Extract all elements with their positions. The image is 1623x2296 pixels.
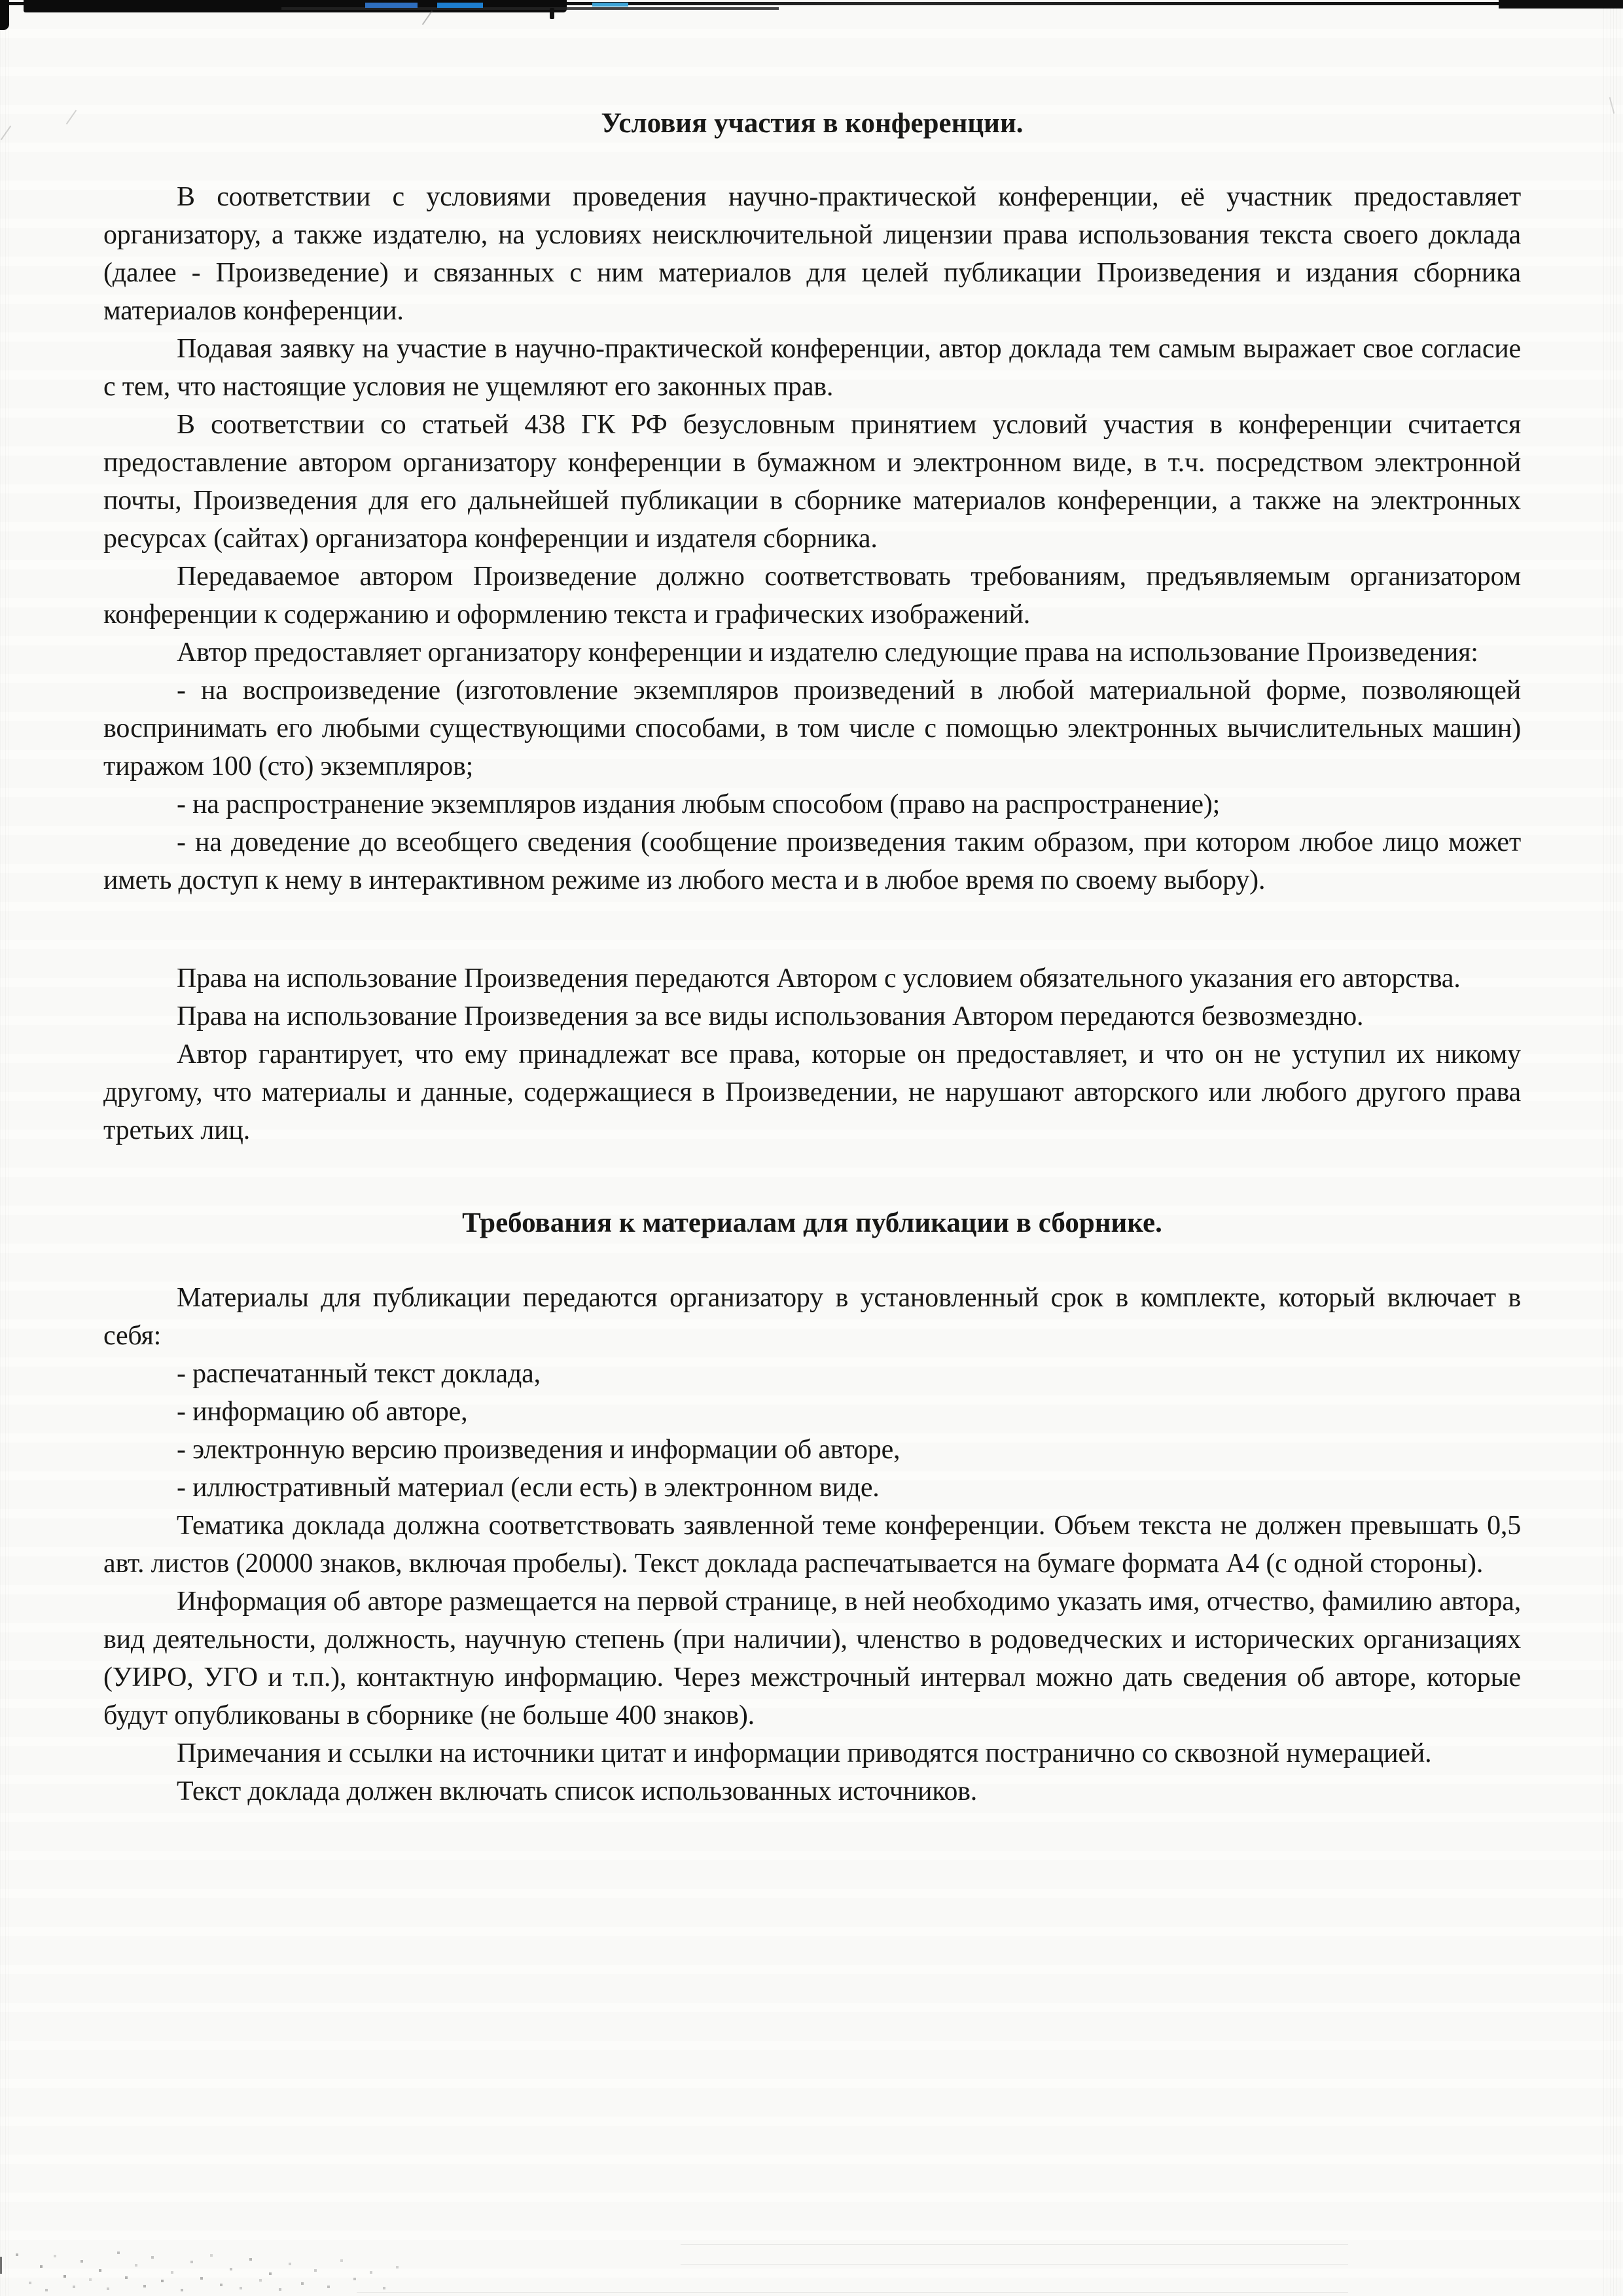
scan-artifact-double-line: [281, 7, 779, 10]
paragraph: Права на использование Произведения за в…: [103, 997, 1521, 1035]
scan-artifact-left-edge-noise: [0, 0, 9, 2296]
paragraph: Текст доклада должен включать список исп…: [103, 1772, 1521, 1810]
paragraph: Автор предоставляет организатору конфере…: [103, 634, 1521, 672]
paragraph: Материалы для публикации передаются орга…: [103, 1279, 1521, 1355]
scan-artifact-edge-tick: [0, 2257, 2, 2274]
scan-artifact-faint-line: [357, 2292, 1348, 2293]
document-text: Условия участия в конференции. В соответ…: [103, 105, 1521, 1810]
list-item-communication: - на доведение до всеобщего сведения (со…: [103, 823, 1521, 899]
scan-artifact-faint-line: [681, 2244, 1348, 2245]
paragraph: Примечания и ссылки на источники цитат и…: [103, 1734, 1521, 1772]
scan-artifact-scratch: [422, 10, 433, 25]
scan-artifact-ink-dot: [550, 8, 554, 19]
scan-artifact-scratch: [1, 126, 12, 140]
scan-artifact-top-strip-right: [1499, 0, 1623, 9]
paragraph: Информация об авторе размещается на перв…: [103, 1583, 1521, 1734]
scan-artifact-blue-dash: [437, 3, 483, 8]
scan-artifact-scratch: [1609, 97, 1615, 114]
scan-artifact-speckles: [13, 2246, 14, 2248]
paragraph: Тематика доклада должна соответствовать …: [103, 1507, 1521, 1583]
list-item-author-info: - информацию об авторе,: [103, 1393, 1521, 1431]
requirements-heading: Требования к материалам для публикации в…: [103, 1204, 1521, 1242]
paragraph: Права на использование Произведения пере…: [103, 960, 1521, 997]
scanned-document-page: Условия участия в конференции. В соответ…: [0, 0, 1623, 2296]
conditions-heading: Условия участия в конференции.: [103, 105, 1521, 143]
paragraph: В соответствии с условиями проведения на…: [103, 178, 1521, 330]
paragraph: В соответствии со статьей 438 ГК РФ безу…: [103, 406, 1521, 558]
list-item-illustrations: - иллюстративный материал (если есть) в …: [103, 1469, 1521, 1507]
scan-artifact-blue-dash: [592, 3, 628, 7]
list-item-printed-text: - распечатанный текст доклада,: [103, 1355, 1521, 1393]
scan-artifact-scratch: [66, 110, 77, 124]
paragraph: Автор гарантирует, что ему принадлежат в…: [103, 1035, 1521, 1149]
scan-artifact-right-edge-noise: [1603, 0, 1623, 2296]
paragraph: Передаваемое автором Произведение должно…: [103, 558, 1521, 634]
list-item-distribution: - на распространение экземпляров издания…: [103, 785, 1521, 823]
scan-artifact-top-line: [0, 2, 1623, 5]
scan-artifact-top-strip: [24, 0, 567, 12]
list-item-electronic-version: - электронную версию произведения и инфо…: [103, 1431, 1521, 1469]
scan-artifact-blue-dash: [365, 3, 418, 8]
scan-artifact-corner-blob: [0, 0, 9, 30]
scan-artifact-faint-line: [681, 2264, 1348, 2265]
list-item-reproduction: - на воспроизведение (изготовление экзем…: [103, 672, 1521, 785]
paragraph: Подавая заявку на участие в научно-практ…: [103, 330, 1521, 406]
